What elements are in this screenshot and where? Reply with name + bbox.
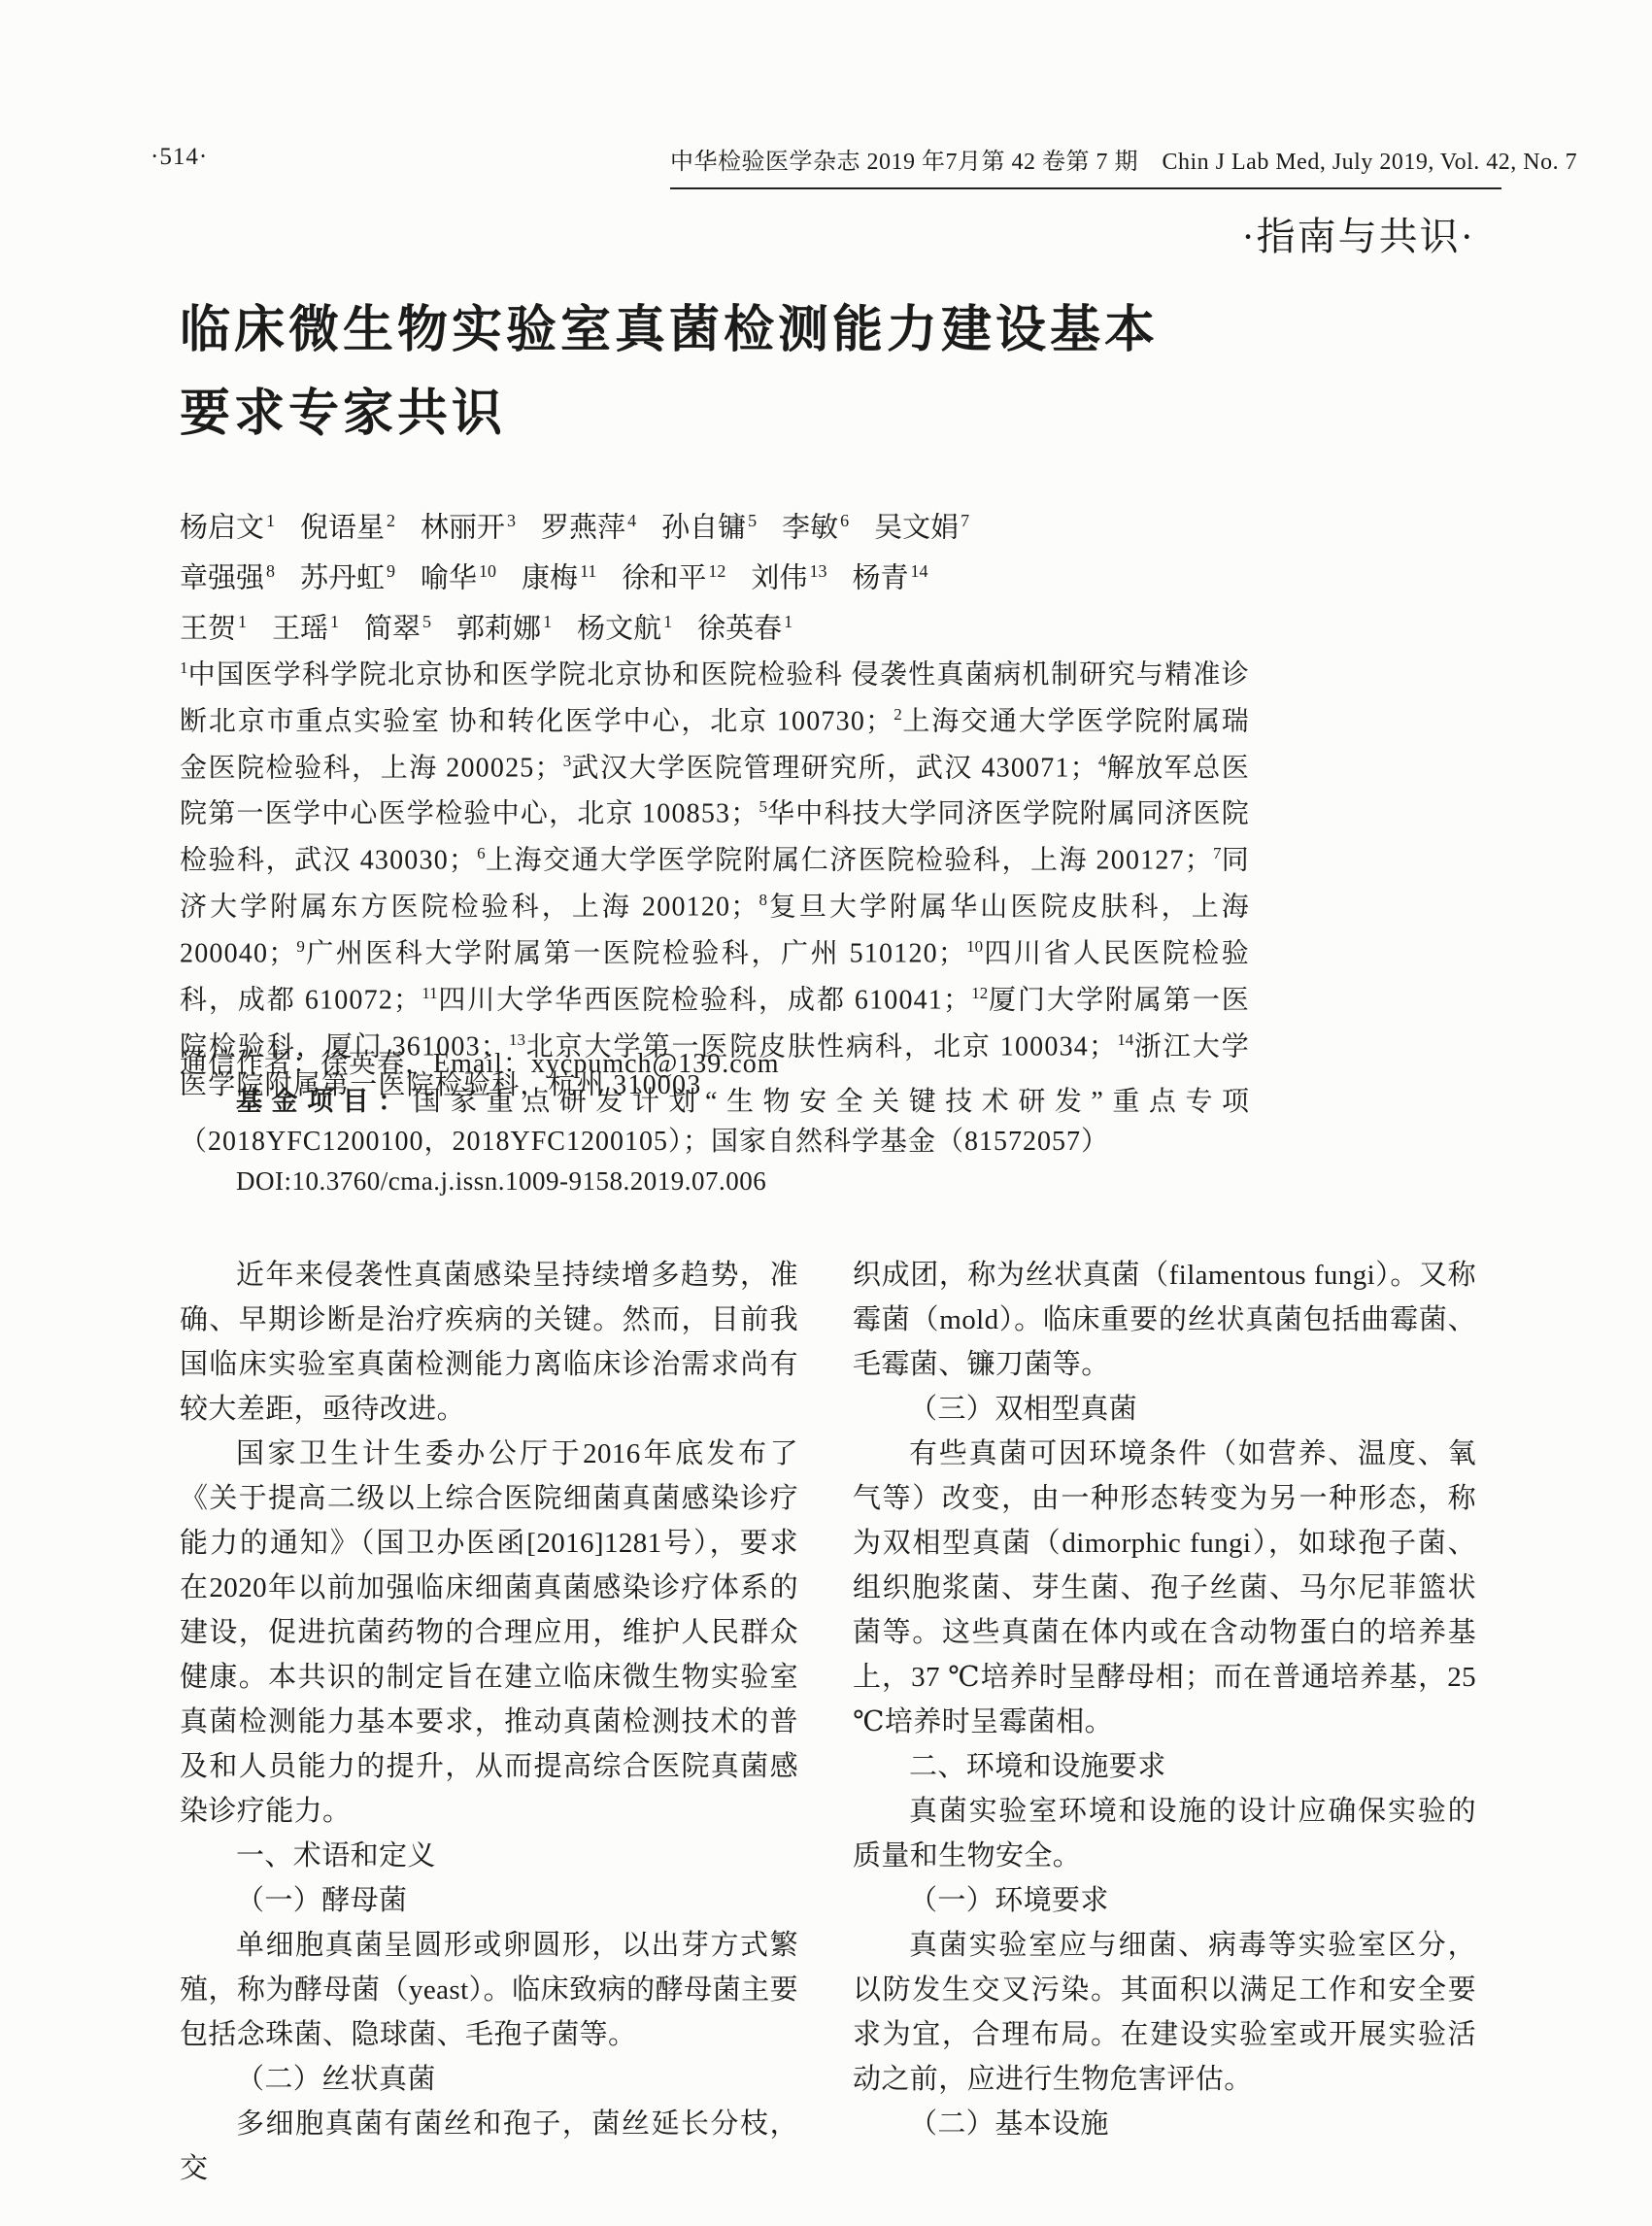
subsection-heading: （二）丝状真菌 [180, 2057, 798, 2102]
author-affiliation-number: 1 [330, 612, 339, 631]
author-affiliation-number: 5 [422, 612, 431, 631]
author-name: 杨启文1 [180, 495, 275, 554]
subsection-heading: （一）酵母菌 [180, 1878, 798, 1923]
author-affiliation-number: 4 [627, 511, 636, 530]
page-number: ·514· [151, 144, 208, 171]
affiliation-number: 7 [1213, 844, 1222, 862]
funding-label: 基金项目： [236, 1087, 414, 1116]
affiliation-number: 8 [759, 891, 767, 909]
author-name: 倪语星2 [300, 495, 395, 554]
author-affiliation-number: 1 [784, 612, 792, 631]
author-name: 郭莉娜1 [456, 596, 552, 655]
subsection-heading: （一）环境要求 [853, 1878, 1476, 1923]
affiliation-number: 6 [477, 844, 486, 862]
author-affiliation-number: 7 [961, 511, 969, 530]
author-affiliation-number: 10 [479, 561, 496, 581]
affiliation-number: 2 [893, 705, 902, 724]
subsection-heading: （三）双相型真菌 [853, 1387, 1476, 1432]
author-name: 王贺1 [180, 596, 247, 655]
author-affiliation-number: 14 [910, 561, 927, 581]
author-name: 杨青14 [852, 546, 927, 604]
correspondence-text: 徐英春，Email：xycpumch@139.com [320, 1049, 780, 1079]
correspondence-label: 通信作者： [180, 1049, 320, 1079]
body-paragraph: 多细胞真菌有菌丝和孢子，菌丝延长分枝，交 [180, 2102, 798, 2191]
section-heading: 二、环境和设施要求 [853, 1744, 1476, 1789]
article-title-line2: 要求专家共识 [180, 373, 1159, 456]
author-affiliation-number: 1 [543, 612, 552, 631]
doi-line: DOI:10.3760/cma.j.issn.1009-9158.2019.07… [180, 1162, 1250, 1200]
body-paragraph: 织成团，称为丝状真菌（filamentous fungi）。又称霉菌（mold）… [853, 1253, 1476, 1387]
body-paragraph: 真菌实验室应与细菌、病毒等实验室区分，以防发生交叉污染。其面积以满足工作和安全要… [853, 1923, 1476, 2102]
journal-citation: 中华检验医学杂志 2019 年7月第 42 卷第 7 期 Chin J Lab … [670, 142, 1501, 189]
author-affiliation-number: 5 [748, 511, 757, 530]
author-affiliation-number: 11 [580, 561, 596, 581]
body-paragraph: 近年来侵袭性真菌感染呈持续增多趋势，准确、早期诊断是治疗疾病的关键。然而，目前我… [180, 1253, 798, 1432]
correspondence-line: 通信作者：徐英春，Email：xycpumch@139.com [180, 1045, 1250, 1084]
funding-line: 基金项目：国家重点研发计划“生物安全关键技术研发”重点专项（2018YFC120… [180, 1082, 1250, 1162]
author-affiliation-number: 1 [266, 511, 275, 530]
article-title-line1: 临床微生物实验室真菌检测能力建设基本 [180, 289, 1159, 373]
author-row: 章强强8苏丹虹9喻华10康梅11徐和平12刘伟13杨青14 [180, 546, 1326, 596]
affiliations-paragraph: 1中国医学科学院北京协和医学院北京协和医院检验科 侵袭性真菌病机制研究与精准诊断… [180, 649, 1250, 1106]
body-paragraph: 真菌实验室环境和设施的设计应确保实验的质量和生物安全。 [853, 1789, 1476, 1878]
author-name: 孙自镛5 [661, 495, 757, 554]
section-label: ·指南与共识· [1241, 206, 1475, 261]
author-affiliation-number: 6 [840, 511, 849, 530]
subsection-heading: （二）基本设施 [853, 2102, 1476, 2146]
affiliation-number: 1 [180, 658, 188, 677]
body-paragraph: 单细胞真菌呈圆形或卵圆形，以出芽方式繁殖，称为酵母菌（yeast）。临床致病的酵… [180, 1923, 798, 2057]
author-name: 王瑶1 [272, 596, 339, 655]
body-column-left: 近年来侵袭性真菌感染呈持续增多趋势，准确、早期诊断是治疗疾病的关键。然而，目前我… [180, 1253, 798, 2191]
affiliation-number: 11 [421, 984, 437, 1002]
body-column-right: 织成团，称为丝状真菌（filamentous fungi）。又称霉菌（mold）… [853, 1253, 1476, 2146]
author-name: 林丽开3 [421, 495, 516, 554]
author-name: 简翠5 [364, 596, 431, 655]
article-title: 临床微生物实验室真菌检测能力建设基本 要求专家共识 [180, 289, 1159, 456]
author-name: 刘伟13 [751, 546, 826, 604]
author-affiliation-number: 12 [708, 561, 725, 581]
author-list: 杨启文1倪语星2林丽开3罗燕萍4孙自镛5李敏6吴文娟7章强强8苏丹虹9喻华10康… [180, 495, 1326, 647]
author-name: 杨文航1 [577, 596, 672, 655]
author-name: 喻华10 [421, 546, 496, 604]
journal-page: ·514· 中华检验医学杂志 2019 年7月第 42 卷第 7 期 Chin … [0, 0, 1652, 2226]
affiliation-number: 9 [296, 937, 305, 956]
body-paragraph: 国家卫生计生委办公厅于2016年底发布了《关于提高二级以上综合医院细菌真菌感染诊… [180, 1432, 798, 1834]
author-name: 徐英春1 [697, 596, 792, 655]
author-affiliation-number: 13 [809, 561, 826, 581]
author-affiliation-number: 1 [663, 612, 672, 631]
author-affiliation-number: 3 [507, 511, 516, 530]
author-row: 杨启文1倪语星2林丽开3罗燕萍4孙自镛5李敏6吴文娟7 [180, 495, 1326, 546]
affiliation-number: 12 [971, 984, 988, 1002]
author-name: 康梅11 [522, 546, 596, 604]
author-name: 吴文娟7 [874, 495, 969, 554]
affiliation-number: 3 [563, 752, 572, 770]
author-affiliation-number: 2 [387, 511, 395, 530]
affiliation-number: 10 [966, 937, 983, 956]
author-row: 王贺1王瑶1简翠5郭莉娜1杨文航1徐英春1 [180, 596, 1326, 647]
author-name: 罗燕萍4 [541, 495, 636, 554]
author-name: 苏丹虹9 [300, 546, 395, 604]
author-name: 章强强8 [180, 546, 275, 604]
author-affiliation-number: 8 [266, 561, 275, 581]
affiliation-number: 5 [759, 797, 767, 816]
author-name: 徐和平12 [622, 546, 725, 604]
body-paragraph: 有些真菌可因环境条件（如营养、温度、氧气等）改变，由一种形态转变为另一种形态，称… [853, 1432, 1476, 1744]
author-name: 李敏6 [782, 495, 849, 554]
section-heading: 一、术语和定义 [180, 1834, 798, 1878]
affiliation-number: 4 [1098, 752, 1107, 770]
author-affiliation-number: 9 [387, 561, 395, 581]
author-affiliation-number: 1 [238, 612, 247, 631]
